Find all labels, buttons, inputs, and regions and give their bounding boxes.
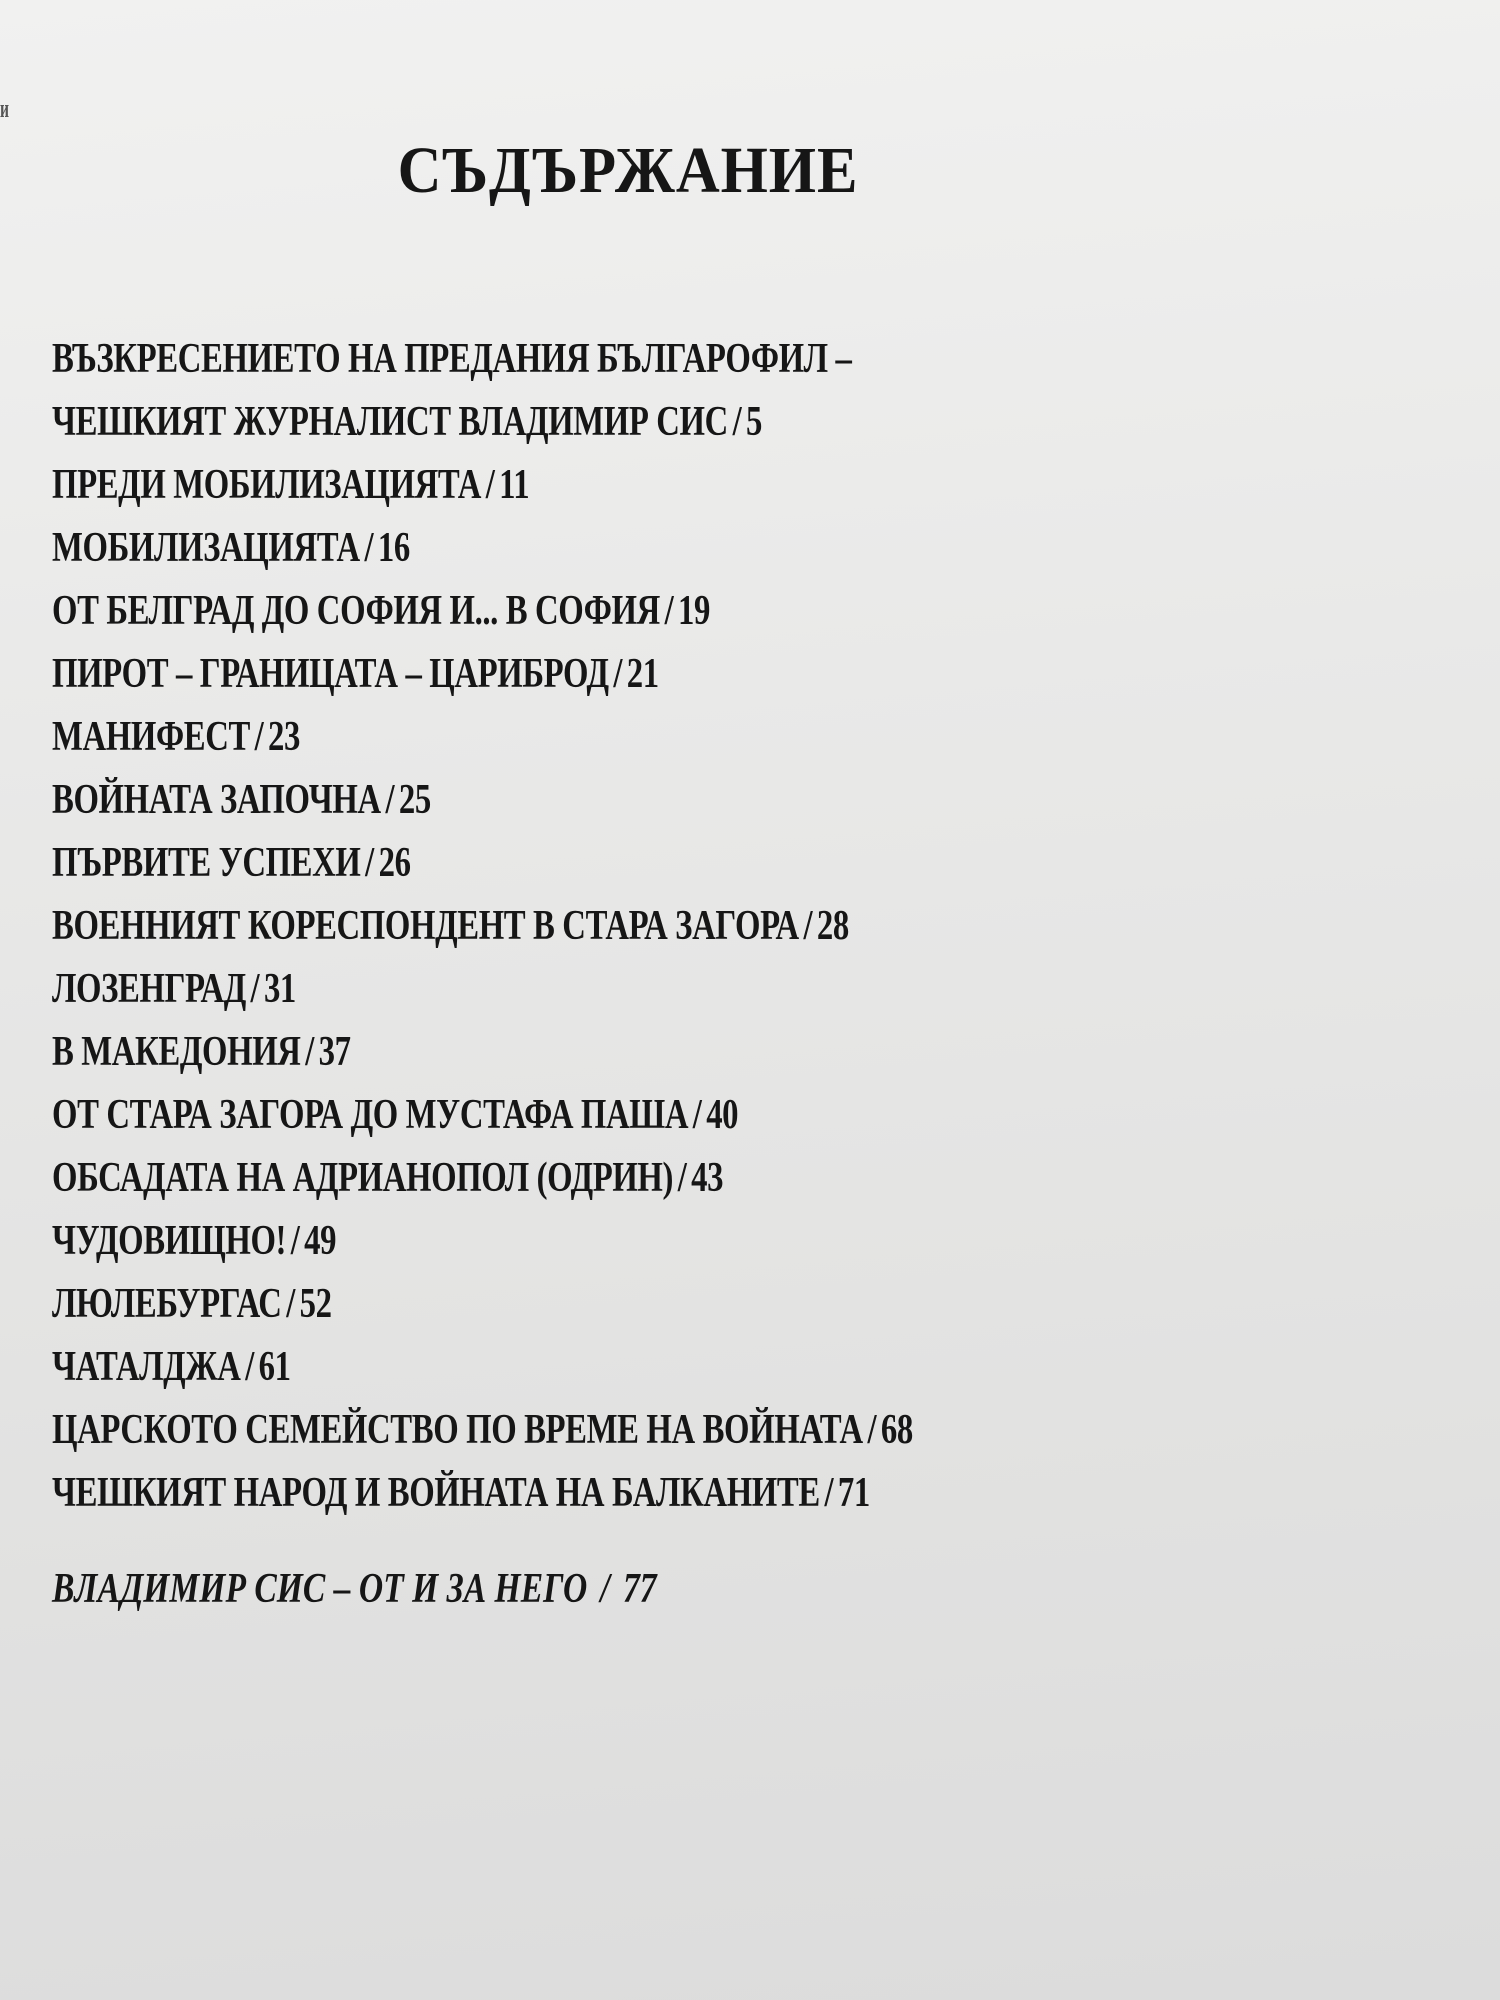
toc-entry: МАНИФЕСТ/23 [52,716,913,758]
toc-entry: ВЪЗКРЕСЕНИЕТО НА ПРЕДАНИЯ БЪЛГАРОФИЛ – [52,338,913,380]
toc-page-number: 21 [627,651,659,697]
toc-entry-title: ЧУДОВИЩНО! [52,1218,286,1264]
toc-entry-title: ЧЕШКИЯТ НАРОД И ВОЙНАТА НА БАЛКАНИТЕ [52,1470,820,1516]
toc-page-number: 25 [399,777,431,823]
page-separator: / [286,1218,304,1264]
page-separator: / [660,588,678,634]
toc-entry-title: ПРЕДИ МОБИЛИЗАЦИЯТА [52,462,481,508]
toc-entry: ПЪРВИТЕ УСПЕХИ/26 [52,842,913,884]
toc-page-number: 49 [304,1218,336,1264]
page-separator: / [250,714,268,760]
toc-entry-title: МОБИЛИЗАЦИЯТА [52,525,360,571]
toc-entry: ЧУДОВИЩНО!/49 [52,1220,913,1262]
page-separator: / [360,525,378,571]
toc-entry-title: В МАКЕДОНИЯ [52,1029,301,1075]
toc-entry: ОТ БЕЛГРАД ДО СОФИЯ И... В СОФИЯ/19 [52,590,913,632]
toc-page-number: 19 [678,588,710,634]
page-separator: / [361,840,379,886]
page-title: СЪДЪРЖАНИЕ [50,138,1206,204]
toc-entry-title: ВЪЗКРЕСЕНИЕТО НА ПРЕДАНИЯ БЪЛГАРОФИЛ – [52,336,851,382]
toc-page-number: 68 [881,1407,913,1453]
toc-page-number: 61 [259,1344,291,1390]
page-separator: / [301,1029,319,1075]
toc-page-number: 11 [499,462,529,508]
toc-entry-title: ЛОЗЕНГРАД [52,966,246,1012]
toc-entry: ВОЙНАТА ЗАПОЧНА/25 [52,779,913,821]
toc-entry-title: ПИРОТ – ГРАНИЦАТА – ЦАРИБРОД [52,651,609,697]
toc-page-number: 5 [746,399,762,445]
toc-entry: ЛОЗЕНГРАД/31 [52,968,913,1010]
page-separator: / [381,777,399,823]
page-separator: / [728,399,746,445]
toc-entry-title: ПЪРВИТЕ УСПЕХИ [52,840,361,886]
toc-entry-title: ВЛАДИМИР СИС – ОТ И ЗА НЕГО [52,1566,587,1612]
toc-page-number: 23 [268,714,300,760]
toc-page-number: 71 [838,1470,870,1516]
toc-page-number: 16 [378,525,410,571]
toc-entry: ПИРОТ – ГРАНИЦАТА – ЦАРИБРОД/21 [52,653,913,695]
toc-page-number: 31 [264,966,296,1012]
toc-entry-title: ОТ СТАРА ЗАГОРА ДО МУСТАФА ПАША [52,1092,688,1138]
page-separator: / [282,1281,300,1327]
toc-entry: ЦАРСКОТО СЕМЕЙСТВО ПО ВРЕМЕ НА ВОЙНАТА/6… [52,1409,913,1451]
toc-entry-title: ЦАРСКОТО СЕМЕЙСТВО ПО ВРЕМЕ НА ВОЙНАТА [52,1407,863,1453]
page-separator: / [246,966,264,1012]
table-of-contents: ВЪЗКРЕСЕНИЕТО НА ПРЕДАНИЯ БЪЛГАРОФИЛ –ЧЕ… [52,338,1156,1535]
toc-entry: ВОЕННИЯТ КОРЕСПОНДЕНТ В СТАРА ЗАГОРА/28 [52,905,913,947]
toc-entry: В МАКЕДОНИЯ/37 [52,1031,913,1073]
facing-page-letter-fragment: и [0,96,9,122]
toc-page-number: 28 [817,903,849,949]
toc-page-number: 52 [300,1281,332,1327]
toc-entry: МОБИЛИЗАЦИЯТА/16 [52,527,913,569]
page-separator: / [596,1566,615,1612]
toc-entry-title: ЧАТАЛДЖА [52,1344,241,1390]
toc-entry-title: ВОЙНАТА ЗАПОЧНА [52,777,381,823]
toc-entry-title: ВОЕННИЯТ КОРЕСПОНДЕНТ В СТАРА ЗАГОРА [52,903,799,949]
page-separator: / [820,1470,838,1516]
page-separator: / [688,1092,706,1138]
page-separator: / [863,1407,881,1453]
page-separator: / [241,1344,259,1390]
page-separator: / [609,651,627,697]
toc-entry: ЧЕШКИЯТ НАРОД И ВОЙНАТА НА БАЛКАНИТЕ/71 [52,1472,913,1514]
toc-entry-title: ОБСАДАТА НА АДРИАНОПОЛ (ОДРИН) [52,1155,673,1201]
toc-entry: ЛЮЛЕБУРГАС/52 [52,1283,913,1325]
page-separator: / [673,1155,691,1201]
page-separator: / [481,462,499,508]
toc-entry-title: ЛЮЛЕБУРГАС [52,1281,282,1327]
toc-entry: ОБСАДАТА НА АДРИАНОПОЛ (ОДРИН)/43 [52,1157,913,1199]
toc-page-number: 37 [319,1029,351,1075]
toc-epilogue-entry: ВЛАДИМИР СИС – ОТ И ЗА НЕГО / 77 [52,1568,657,1610]
toc-entry: ЧАТАЛДЖА/61 [52,1346,913,1388]
page-separator: / [799,903,817,949]
toc-page-number: 43 [691,1155,723,1201]
toc-page-number: 40 [706,1092,738,1138]
toc-entry-title: ЧЕШКИЯТ ЖУРНАЛИСТ ВЛАДИМИР СИС [52,399,728,445]
toc-entry: ОТ СТАРА ЗАГОРА ДО МУСТАФА ПАША/40 [52,1094,913,1136]
toc-entry: ЧЕШКИЯТ ЖУРНАЛИСТ ВЛАДИМИР СИС/5 [52,401,913,443]
toc-page-number: 77 [623,1566,657,1612]
toc-entry-title: ОТ БЕЛГРАД ДО СОФИЯ И... В СОФИЯ [52,588,660,634]
toc-entry: ПРЕДИ МОБИЛИЗАЦИЯТА/11 [52,464,913,506]
toc-entry-title: МАНИФЕСТ [52,714,250,760]
toc-page-number: 26 [379,840,411,886]
